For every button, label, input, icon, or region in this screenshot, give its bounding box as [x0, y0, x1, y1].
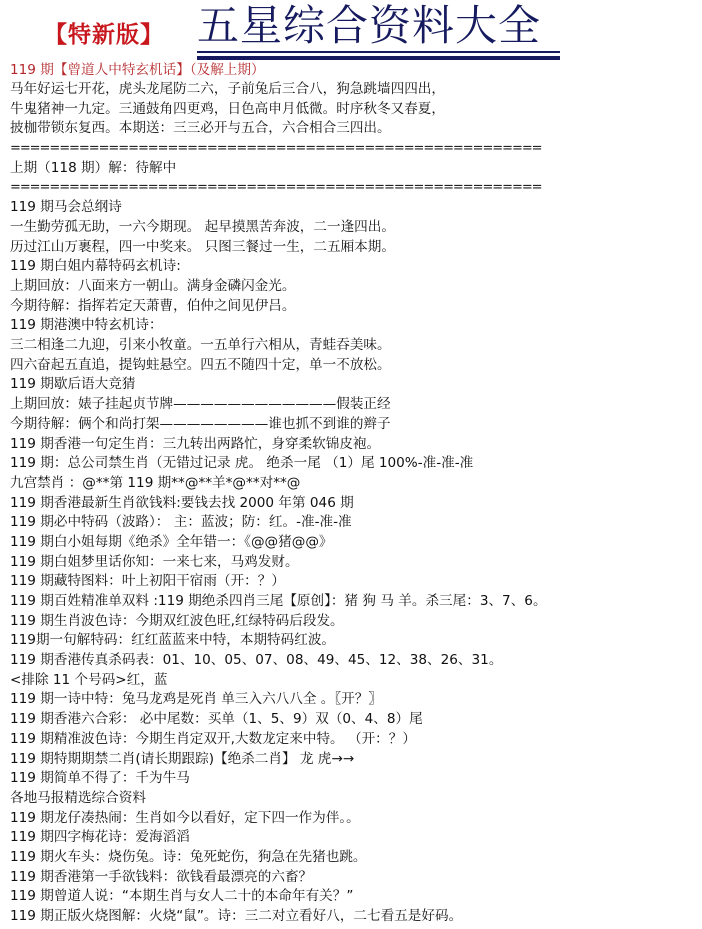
last-period-result: 上期（118 期）解：待解中: [10, 159, 700, 179]
intro-line: 牛鬼猪神一九定。三通鼓角四更鸡，日色高申月低微。时序秋冬又春夏，: [10, 100, 700, 119]
content-line: 119 期白姐内幕特码玄机诗:: [10, 257, 700, 277]
separator-line: ========================================…: [10, 178, 542, 198]
content-line: 各地马报精选综合资料: [10, 789, 700, 809]
intro-line: 马年好运七开花，虎头龙尾防二六，子前兔后三合八，狗急跳墙四四出，: [10, 80, 700, 99]
content-line: 119 期马会总纲诗: [10, 198, 700, 218]
content-line: 119 期必中特码（波路）： 主：蓝波；防：红。-准-准-准: [10, 513, 700, 533]
content-line: 119 期香港一句定生肖：三九转出两路忙，身穿柔软锦皮袍。: [10, 435, 700, 455]
intro-line: 披枷带锁东复西。本期送：三三必开与五合，六合相合三四出。: [10, 119, 700, 138]
intro-heading-period: 119 期: [10, 62, 54, 78]
content-line: 119 期香港最新生肖欲钱料:要钱去找 2000 年第 046 期: [10, 494, 700, 514]
content-line: 四六奋起五直追，提钩蛀悬空。四五不随四十定，单一不放松。: [10, 356, 700, 376]
content-line: 119 期歇后语大竞猜: [10, 375, 700, 395]
content-line: 119 期一诗中特：兔马龙鸡是死肖 单三入六八八全 。〖开？〗: [10, 690, 700, 710]
intro-section: 119 期【曾道人中特玄机话】（及解上期） 马年好运七开花，虎头龙尾防二六，子前…: [10, 61, 700, 139]
content-line: 上期回放：八面来方一朝山。满身金磷闪金光。: [10, 277, 700, 297]
document-body: 119 期【曾道人中特玄机话】（及解上期） 马年好运七开花，虎头龙尾防二六，子前…: [10, 60, 700, 927]
content-line: 119 期四字梅花诗：爱海滔滔: [10, 828, 700, 848]
content-line: 119 期香港第一手欲钱料：欲钱看最漂亮的六畜？: [10, 868, 700, 888]
content-line: 119期一句解特码：红红蓝蓝来中特，本期特码红波。: [10, 631, 700, 651]
content-line: 九宫禁肖 ：@**第 119 期**@**羊*@**对**@: [10, 474, 700, 494]
content-line: 119 期白姐梦里话你知：一来七来，马鸡发财。: [10, 553, 700, 573]
page-title: 五星综合资料大全: [197, 0, 541, 52]
intro-heading-title: 【曾道人中特玄机话】: [54, 62, 190, 78]
title-underline-thin: [197, 51, 560, 53]
content-line: 三二相逢二九迎，引来小牧童。一五单行六相从，青蛙吞美味。: [10, 336, 700, 356]
intro-heading-suffix: （及解上期）: [190, 62, 265, 78]
separator-line: ========================================…: [10, 139, 542, 159]
content-line: 119 期藏特图料：叶上初阳干宿雨（开：？）: [10, 572, 700, 592]
content-line: 119 期港澳中特玄机诗：: [10, 316, 700, 336]
content-line: 119 期香港六合彩： 必中尾数：买单（1、5、9）双（0、4、8）尾: [10, 710, 700, 730]
content-line: 今期待解：俩个和尚打架————————谁也抓不到谁的辫子: [10, 415, 700, 435]
content-line: 119 期：总公司禁生肖（无错过记录 虎。 绝杀一尾 （1）尾 100%-准-准…: [10, 454, 700, 474]
content-line: 119 期火车头：烧伤兔。诗：兔死蛇伤，狗急在先猪也跳。: [10, 848, 700, 868]
content-line: 119 期百姓精准单双料 :119 期绝杀四肖三尾【原创】：猪 狗 马 羊。杀三…: [10, 592, 700, 612]
edition-badge: 【特新版】: [44, 16, 164, 49]
content-line: 119 期香港传真杀码表：01、10、05、07、08、49、45、12、38、…: [10, 651, 700, 671]
content-line: 上期回放：婊子挂起贞节牌————————————假装正经: [10, 395, 700, 415]
content-line: 119 期白小姐每期《绝杀》全年错一：《@@猪@@》: [10, 533, 700, 553]
page-header: 【特新版】 五星综合资料大全: [0, 0, 702, 60]
content-line: 历过江山万裹程，四一中奖来。 只图三餐过一生，二五厢本期。: [10, 238, 700, 258]
content-line: 一生勤劳孤无助，一六今期现。 起早摸黑苦奔波，二一逢四出。: [10, 218, 700, 238]
content-line: 119 期正版火烧图解：火烧“鼠”。诗：三二对立看好八，二七看五是好码。: [10, 907, 700, 927]
content-line: 119 期简单不得了：千为牛马: [10, 769, 700, 789]
content-line: 今期待解：指挥若定天萧曹，伯仲之间见伊吕。: [10, 297, 700, 317]
intro-heading: 119 期【曾道人中特玄机话】（及解上期）: [10, 61, 700, 80]
content-list: 119 期马会总纲诗一生勤劳孤无助，一六今期现。 起早摸黑苦奔波，二一逢四出。历…: [10, 198, 700, 926]
content-line: 119 期曾道人说：“本期生肖与女人二十的本命年有关？”: [10, 887, 700, 907]
content-line: 119 期特期期禁二肖(请长期跟踪)【绝杀二肖】 龙 虎→→: [10, 750, 700, 770]
content-line: 119 期精准波色诗：今期生肖定双开,大数龙定来中特。 （开：？）: [10, 730, 700, 750]
content-line: 119 期龙仔凑热闹：生肖如今以看好，定下四一作为伴。。: [10, 809, 700, 829]
content-line: 119 期生肖波色诗：今期双红波色旺,红绿特码后段发。: [10, 612, 700, 632]
content-line: <排除 11 个号码>红，蓝: [10, 671, 700, 691]
